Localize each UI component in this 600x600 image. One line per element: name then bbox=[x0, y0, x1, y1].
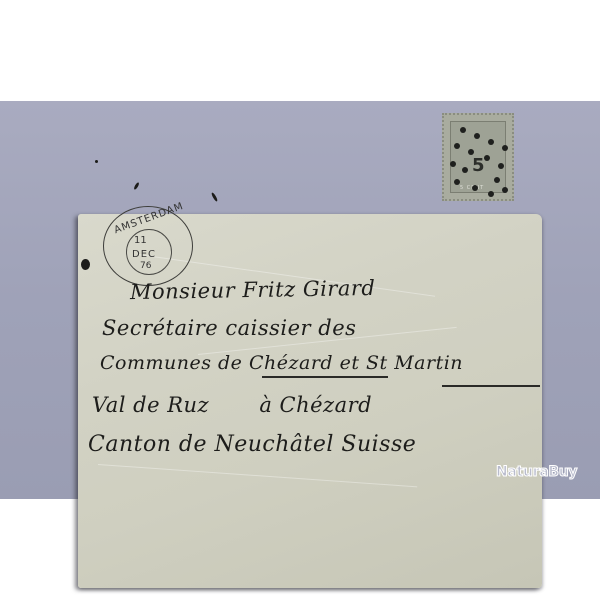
cancel-number: 5 bbox=[472, 155, 485, 176]
address-line-5: Canton de Neuchâtel Suisse bbox=[88, 432, 416, 457]
cancel-dot bbox=[502, 145, 508, 151]
underline-st-martin bbox=[442, 385, 540, 387]
cancel-dot bbox=[474, 133, 480, 139]
cancel-dot bbox=[450, 161, 456, 167]
paper-crease bbox=[98, 464, 417, 487]
address-line-1: Monsieur Fritz Girard bbox=[130, 276, 376, 304]
cancel-dot bbox=[498, 163, 504, 169]
cancel-dot bbox=[488, 191, 494, 197]
cancel-dot bbox=[468, 149, 474, 155]
postmark: AMSTERDAM 11 DEC 76 bbox=[103, 206, 193, 286]
address-line-3: Communes de Chézard et St Martin bbox=[100, 352, 463, 374]
cancel-dot bbox=[454, 179, 460, 185]
cancel-dot bbox=[472, 185, 478, 191]
cancel-dot bbox=[484, 155, 490, 161]
cancel-dot bbox=[462, 167, 468, 173]
address-line-2: Secrétaire caissier des bbox=[102, 316, 356, 340]
cancel-dot bbox=[502, 187, 508, 193]
underline-chezard bbox=[262, 376, 388, 378]
address-line-4: Val de Ruz à Chézard bbox=[92, 393, 372, 417]
postmark-year: 76 bbox=[140, 261, 151, 271]
postmark-day: 11 bbox=[134, 235, 147, 246]
postmark-month: DEC bbox=[132, 249, 156, 260]
ink-blot bbox=[81, 259, 90, 270]
cancel-dot bbox=[488, 139, 494, 145]
watermark-logo: NaturaBuy bbox=[496, 464, 577, 480]
cancel-dot bbox=[460, 127, 466, 133]
cancel-dot bbox=[494, 177, 500, 183]
postage-stamp: 5 5 CENT bbox=[442, 113, 514, 201]
cancel-dot bbox=[454, 143, 460, 149]
ink-speck bbox=[95, 160, 98, 163]
